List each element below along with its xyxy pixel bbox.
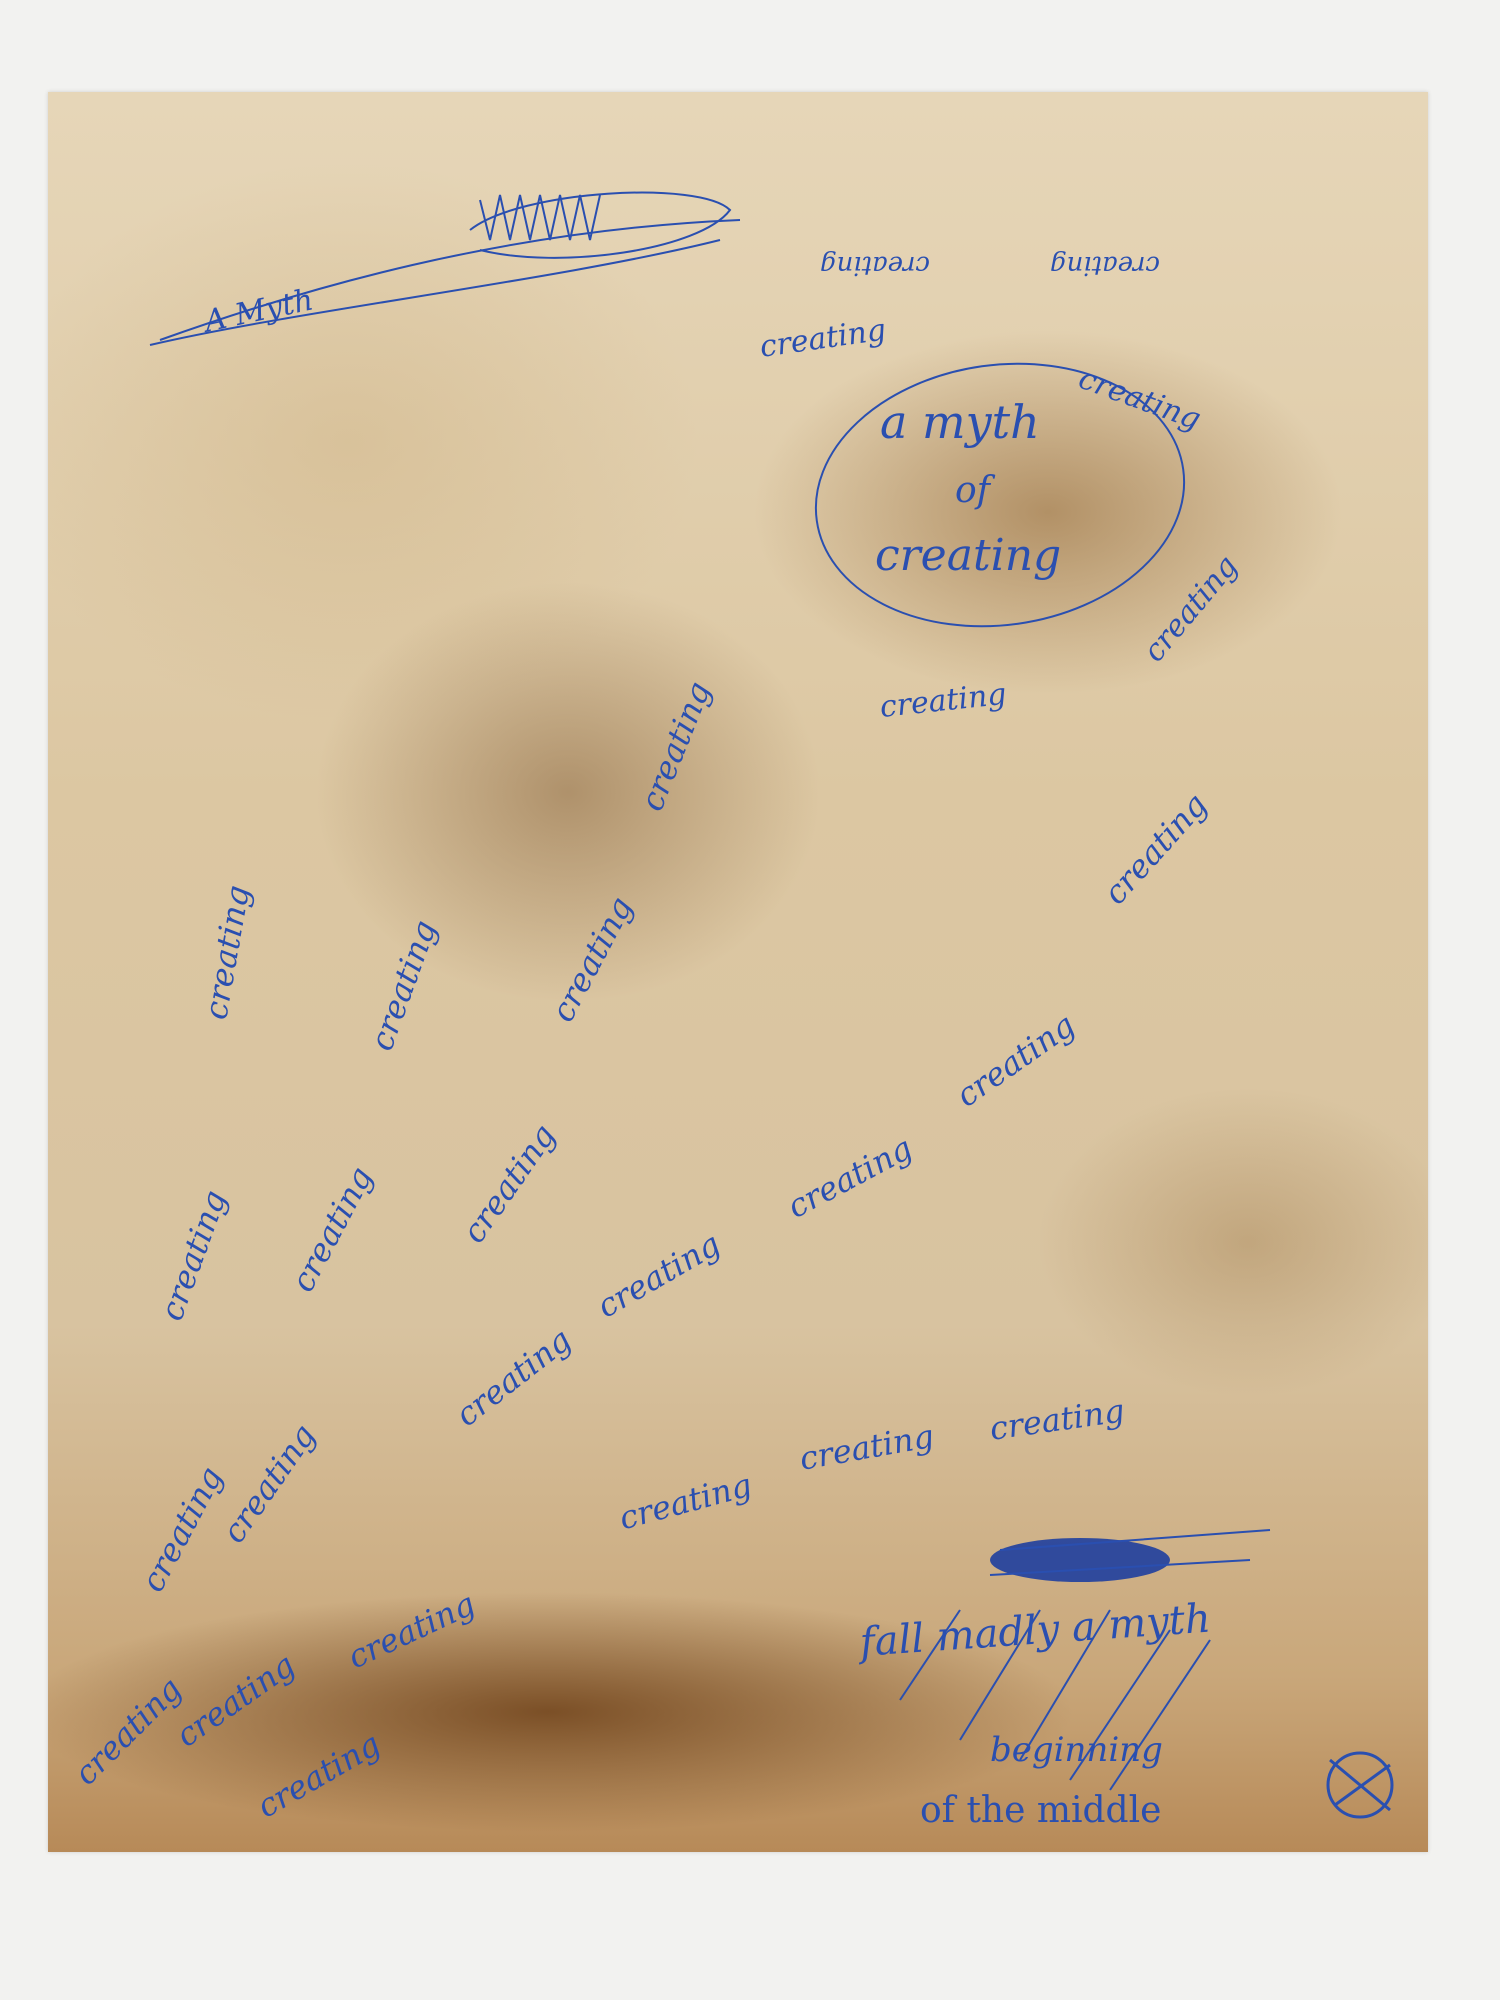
- circle-text-line1: a myth: [880, 395, 1040, 449]
- phrase-of-the-middle: of the middle: [920, 1790, 1161, 1831]
- phrase-beginning: beginning: [990, 1730, 1163, 1770]
- spiral-word-inverted: creating: [820, 250, 930, 280]
- circle-text-line2: of: [955, 470, 990, 511]
- spiral-word-inverted: creating: [1050, 250, 1160, 280]
- circle-text-line3: creating: [875, 530, 1061, 581]
